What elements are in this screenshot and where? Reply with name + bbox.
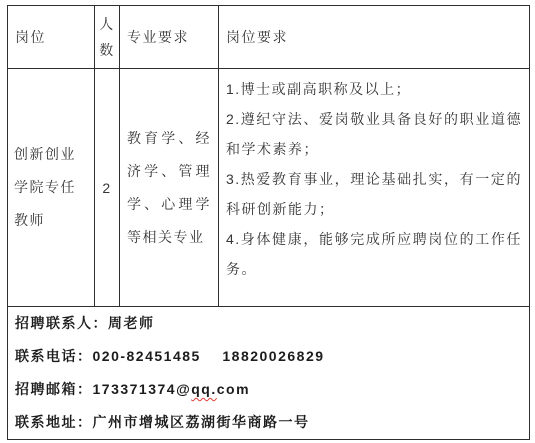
contact-cell: 招聘联系人：周老师 联系电话：020-82451485 18820026829 … — [8, 307, 530, 440]
contact-phone: 联系电话：020-82451485 18820026829 — [15, 340, 522, 373]
requirement-item: 4.身体健康，能够完成所应聘岗位的工作任务。 — [226, 224, 522, 284]
contact-row: 招聘联系人：周老师 联系电话：020-82451485 18820026829 … — [8, 307, 530, 440]
header-row: 岗位 人数 专业要求 岗位要求 — [8, 6, 530, 69]
position-cell: 创新创业学院专任教师 — [8, 69, 95, 307]
contact-email-label: 招聘邮箱： — [15, 381, 93, 397]
spellcheck-underline: qq. — [191, 381, 217, 397]
col-header-requirements: 岗位要求 — [219, 6, 530, 69]
contact-email: 招聘邮箱：173371374@qq.com — [15, 373, 522, 406]
table-row: 创新创业学院专任教师 2 教育学、经济学、管理学、心理学等相关专业 1.博士或副… — [8, 69, 530, 307]
requirement-item: 3.热爱教育事业，理论基础扎实，有一定的科研创新能力； — [226, 164, 522, 224]
requirement-item: 2.遵纪守法、爱岗敬业具备良好的职业道德和学术素养； — [226, 104, 522, 164]
contact-email-prefix: 173371374@ — [93, 381, 192, 397]
contact-person: 招聘联系人：周老师 — [15, 307, 522, 340]
major-cell: 教育学、经济学、管理学、心理学等相关专业 — [120, 69, 219, 307]
contact-address: 联系地址：广州市增城区荔湖街华商路一号 — [15, 406, 522, 439]
count-cell: 2 — [95, 69, 120, 307]
job-posting-page: 岗位 人数 专业要求 岗位要求 创新创业学院专任教师 2 教育学、经济学、管理学… — [0, 0, 535, 443]
requirement-item: 1.博士或副高职称及以上； — [226, 74, 522, 104]
contact-email-suffix: com — [217, 381, 250, 397]
col-header-major: 专业要求 — [120, 6, 219, 69]
col-header-count: 人数 — [95, 6, 120, 69]
job-posting-table: 岗位 人数 专业要求 岗位要求 创新创业学院专任教师 2 教育学、经济学、管理学… — [7, 5, 530, 440]
requirements-cell: 1.博士或副高职称及以上； 2.遵纪守法、爱岗敬业具备良好的职业道德和学术素养；… — [219, 69, 530, 307]
col-header-position: 岗位 — [8, 6, 95, 69]
